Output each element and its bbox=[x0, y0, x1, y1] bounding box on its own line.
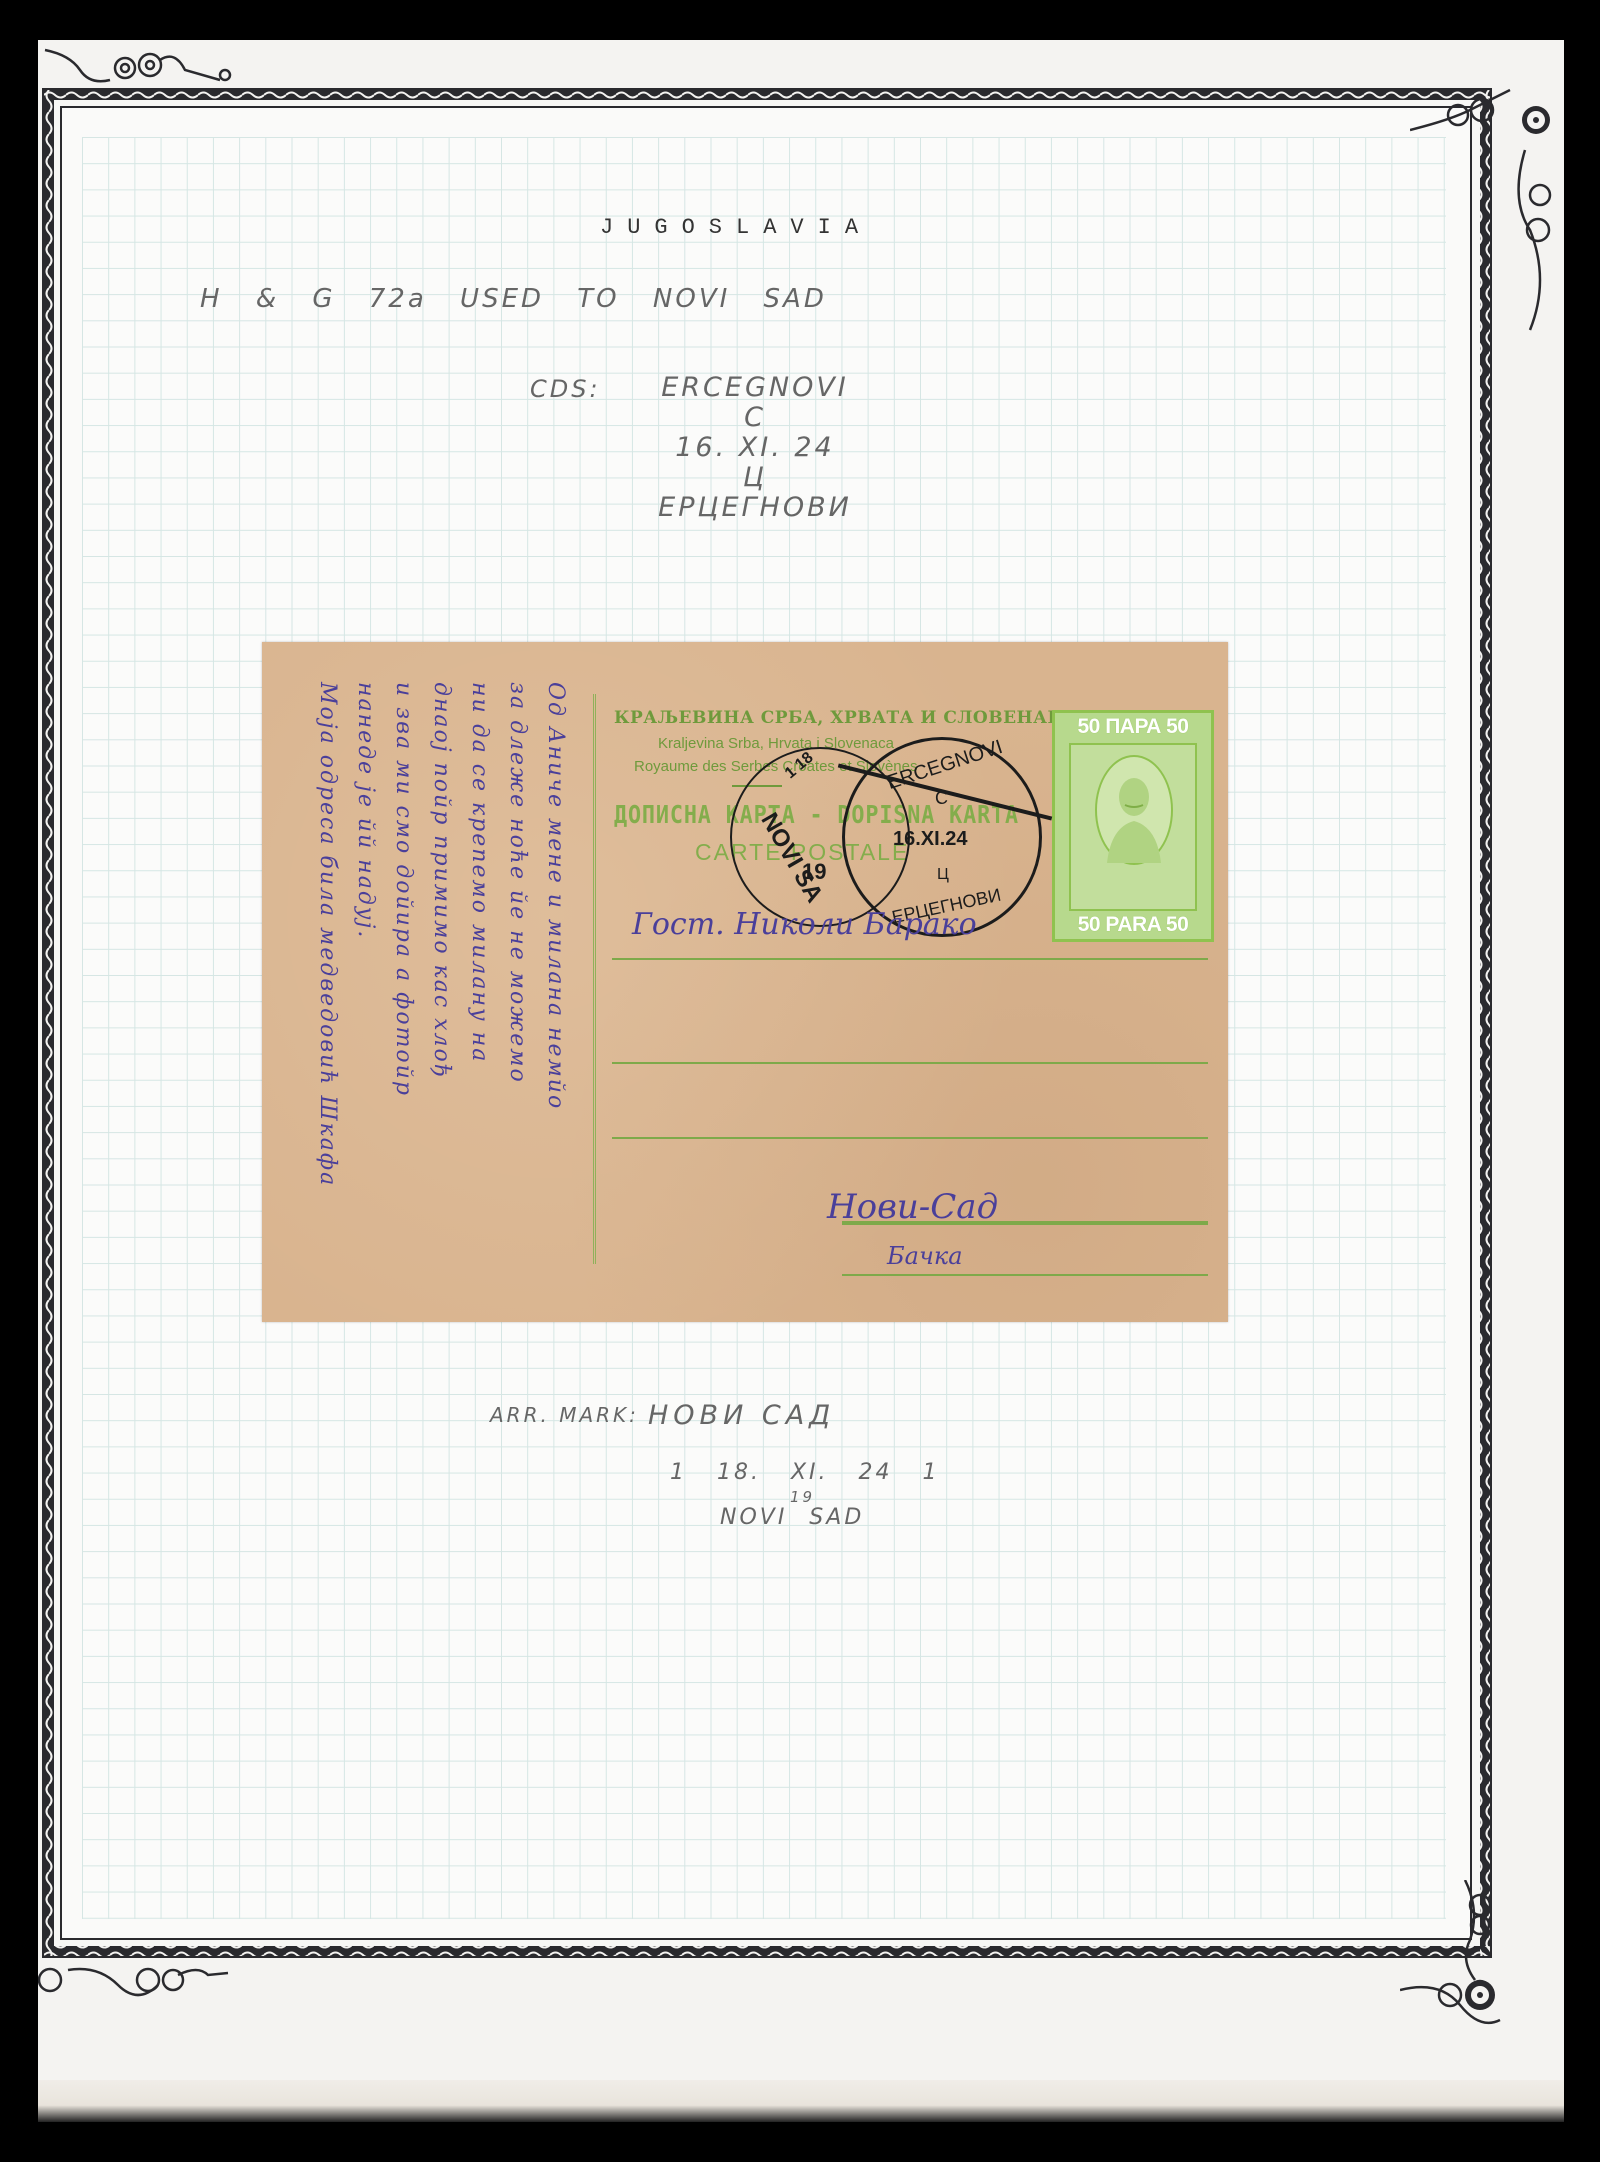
recipient-name: Гост. Николи Барако bbox=[632, 907, 977, 942]
address-line bbox=[612, 1137, 1208, 1139]
cds-line: 16. XI. 24 bbox=[640, 433, 870, 463]
recipient-region: Бачка bbox=[887, 1242, 963, 1270]
scroll-ornament-icon bbox=[1410, 80, 1560, 340]
scroll-ornament-icon bbox=[38, 1955, 238, 2015]
message-line: за длеже ноће йе не можемо bbox=[500, 682, 530, 1262]
stamp-value-bottom: 50 PARA 50 bbox=[1055, 913, 1211, 937]
postmark-text: 1 18 bbox=[782, 749, 817, 783]
city-underline bbox=[842, 1221, 1208, 1225]
cds-label: CDS: bbox=[530, 375, 601, 403]
postal-card: Од Аниче мене и милана немйо за длеже но… bbox=[262, 642, 1228, 1322]
address-line bbox=[842, 1274, 1208, 1276]
arrival-city-latin: NOVI SAD bbox=[720, 1505, 864, 1530]
scroll-ornament-icon bbox=[1400, 1880, 1560, 2040]
address-line bbox=[612, 1062, 1208, 1064]
address-line bbox=[612, 958, 1208, 960]
cds-line: ERCEGNOVI bbox=[640, 373, 870, 403]
page-edge bbox=[38, 2080, 1564, 2122]
header-cyrillic: КРАЉЕВИНА СРБА, ХРВАТА И СЛОВЕНАЦА bbox=[614, 708, 1079, 728]
message-text: Од Аниче мене и милана немйо за длеже но… bbox=[278, 682, 578, 1282]
imprinted-stamp: 50 ПАРА 50 50 PARA 50 bbox=[1052, 710, 1214, 942]
postmark-city: NOVI SA bbox=[755, 808, 829, 907]
message-line: Моја одреса била медведовић Шкафа bbox=[310, 682, 340, 1262]
message-line: ни да се крепемо милану на bbox=[462, 682, 492, 1262]
king-portrait-icon bbox=[1095, 755, 1173, 865]
message-line: и зва ми смо дойира а фотойр bbox=[386, 682, 416, 1262]
catalog-description: H & G 72a USED TO NOVI SAD bbox=[200, 284, 827, 314]
message-line: нанеде је йй надуј. bbox=[348, 682, 378, 1262]
stamp-portrait-frame bbox=[1069, 743, 1197, 911]
cds-line: ЕРЦЕГНОВИ bbox=[640, 493, 870, 523]
stamp-value-top: 50 ПАРА 50 bbox=[1055, 715, 1211, 739]
country-heading: JUGOSLAVIA bbox=[600, 215, 872, 240]
cds-line: Ц bbox=[640, 463, 870, 493]
scroll-ornament-icon bbox=[40, 40, 240, 90]
card-divider bbox=[593, 694, 596, 1264]
arrival-city-cyrillic: НОВИ САД bbox=[648, 1400, 835, 1431]
header-latin: Kraljevina Srba, Hrvata i Slovenaca bbox=[658, 735, 894, 752]
message-line: днаој пойр примимо кас хлођ bbox=[424, 682, 454, 1262]
postmark-town: ERCEGNOVI bbox=[884, 736, 1005, 795]
message-line: Од Аниче мене и милана немйо bbox=[538, 682, 568, 1262]
arrival-number: 19 bbox=[790, 1488, 815, 1506]
cds-line: C bbox=[640, 403, 870, 433]
arrival-mark-label: ARR. MARK: bbox=[490, 1403, 639, 1427]
cds-details: ERCEGNOVI C 16. XI. 24 Ц ЕРЦЕГНОВИ bbox=[640, 373, 870, 523]
postmark-letter-cyr: Ц bbox=[937, 866, 949, 884]
postmark-date: 16.XI.24 bbox=[893, 828, 968, 851]
arrival-date: 1 18. XI. 24 1 bbox=[670, 1460, 940, 1485]
